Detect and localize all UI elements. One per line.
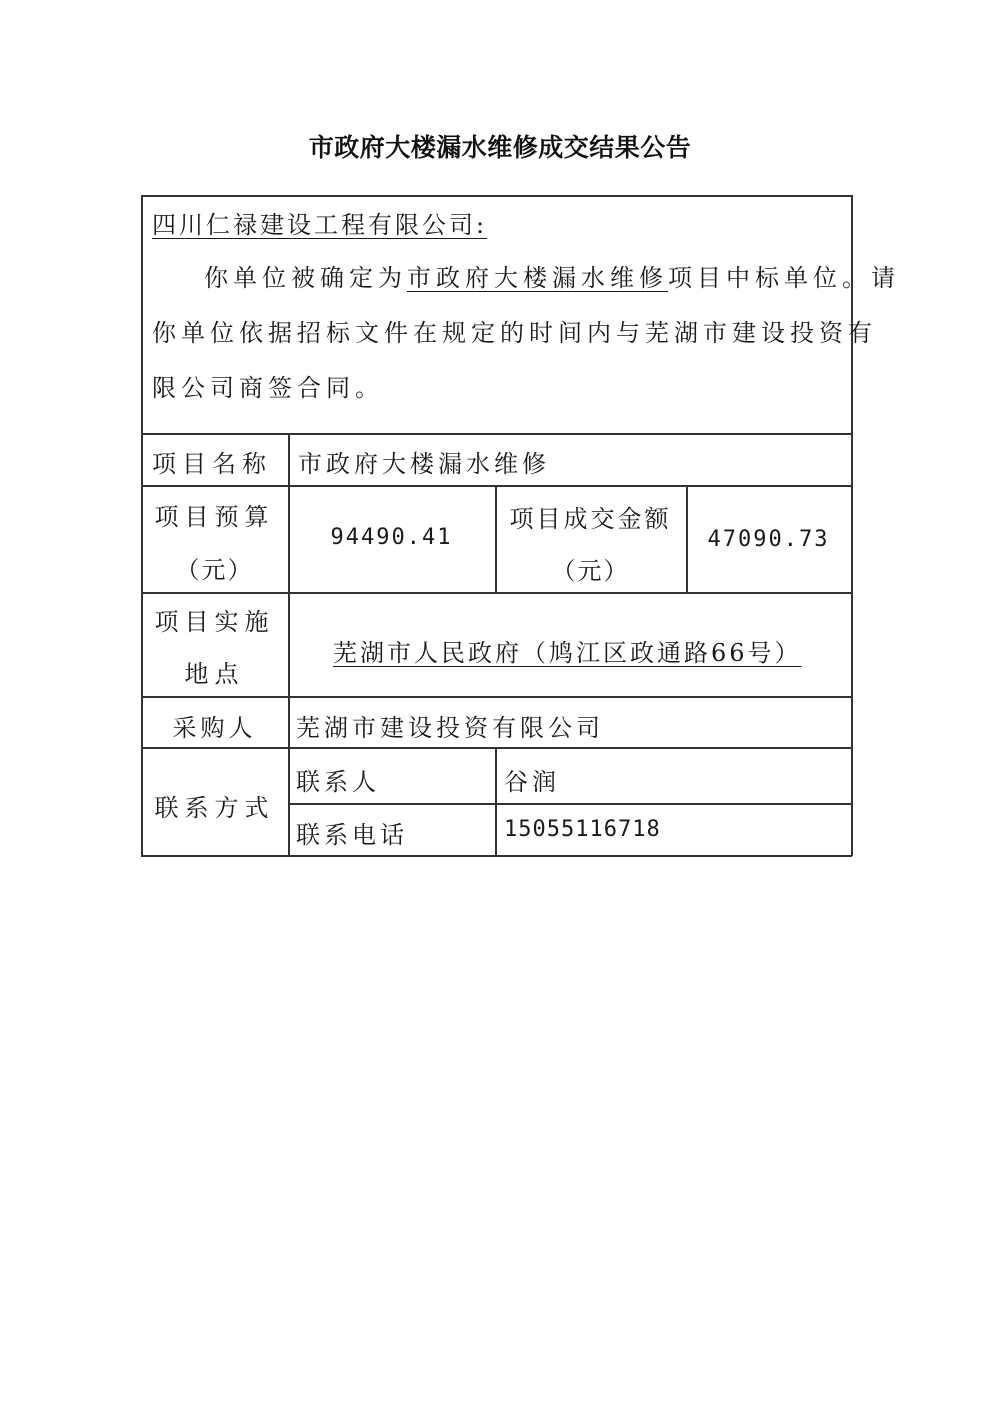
notice-line-1: 你单位被确定为市政府大楼漏水维修项目中标单位。请 [204, 258, 900, 293]
budget-label-line2: （元） [141, 550, 288, 585]
location-value: 芜湖市人民政府（鸠江区政通路66号） [333, 633, 802, 668]
contact-person-label: 联系人 [296, 762, 380, 797]
purchaser-value: 芜湖市建设投资有限公司 [296, 708, 604, 743]
table-border-top [141, 195, 852, 197]
location-label-line1: 项目实施 [141, 602, 288, 637]
addressee: 四川仁禄建设工程有限公司: [152, 205, 487, 240]
contact-phone-label: 联系电话 [296, 815, 408, 850]
row-divider [141, 433, 852, 435]
notice-line-1-suffix: 项目中标单位。请 [668, 264, 900, 292]
row-divider [141, 747, 852, 749]
notice-line-2: 你单位依据招标文件在规定的时间内与芜湖市建设投资有 [152, 313, 877, 348]
row-divider [288, 803, 852, 805]
page-title: 市政府大楼漏水维修成交结果公告 [0, 128, 1000, 164]
col-divider [288, 433, 290, 856]
deal-amount-value: 47090.73 [686, 527, 851, 552]
contact-person-value: 谷润 [504, 762, 560, 797]
budget-value: 94490.41 [288, 525, 495, 550]
table-border-right [851, 195, 853, 856]
purchaser-label: 采购人 [141, 708, 288, 743]
project-name-label: 项目名称 [152, 444, 272, 479]
row-divider [141, 485, 852, 487]
table-border-bottom [141, 855, 852, 857]
row-divider [141, 592, 852, 594]
notice-line-1-prefix: 你单位被确定为 [204, 264, 407, 292]
notice-line-3: 限公司商签合同。 [152, 368, 384, 403]
deal-amount-label-line1: 项目成交金额 [495, 499, 686, 534]
notice-project-name: 市政府大楼漏水维修 [407, 264, 668, 292]
project-name-value: 市政府大楼漏水维修 [298, 444, 550, 479]
deal-amount-label-line2: （元） [495, 551, 686, 586]
contact-phone-value: 15055116718 [504, 817, 661, 842]
contact-label: 联系方式 [141, 788, 288, 823]
row-divider [141, 696, 852, 698]
col-divider [495, 747, 497, 856]
budget-label-line1: 项目预算 [141, 497, 288, 532]
location-label-line2: 地点 [141, 654, 288, 689]
